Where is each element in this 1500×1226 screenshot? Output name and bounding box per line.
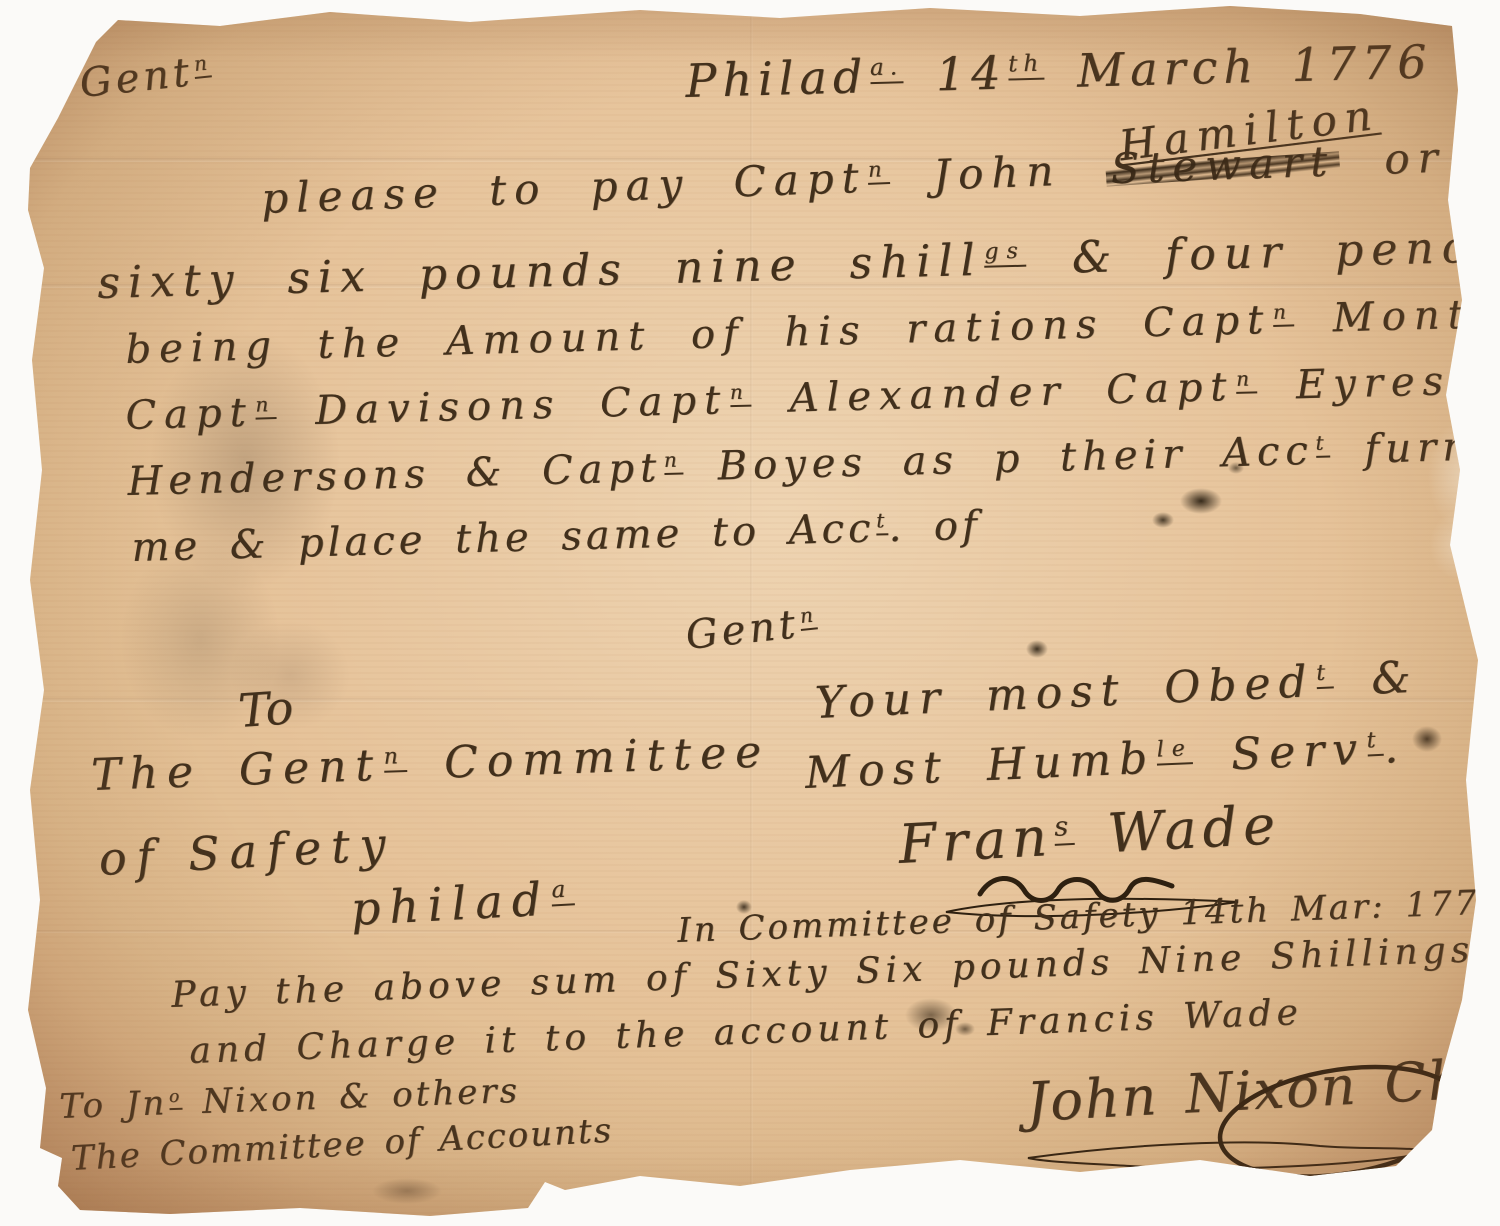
address-to: To [237,684,295,734]
body-line-5: Hendersons & Captn Boyes as p their Acct… [127,424,1500,502]
body-line-4: Captn Davisons Captn Alexander Captn Eyr… [125,356,1500,436]
body-line-1: please to pay Captn John HamiltonStewart… [261,130,1500,220]
salutation: Gentn [78,50,214,104]
closing-line-2: Most Humble Servt. [804,726,1407,796]
body-line-2: sixty six pounds nine shillgs & four pen… [97,225,1500,306]
nixon-signature: John Nixon Chr [1025,1052,1483,1130]
wade-signature: Frans Wade [897,798,1282,872]
closing-line-1: Your most Obedt & [814,656,1419,726]
inner-salutation: Gentn [684,602,820,656]
addressee-line-1: To Jno Nixon & others [59,1074,521,1124]
address-line-1: The Gentn Committee [90,730,770,798]
dateline: Philada. 14th March 1776 [685,38,1433,104]
nixon-signature-flourish [1020,1128,1440,1180]
address-line-3: philada [350,874,576,932]
manuscript-paper: Gentn Philada. 14th March 1776 please to… [0,0,1500,1226]
body-line-6: me & place the same to Acct. of [131,506,981,568]
address-line-2: of Safety [98,821,397,882]
